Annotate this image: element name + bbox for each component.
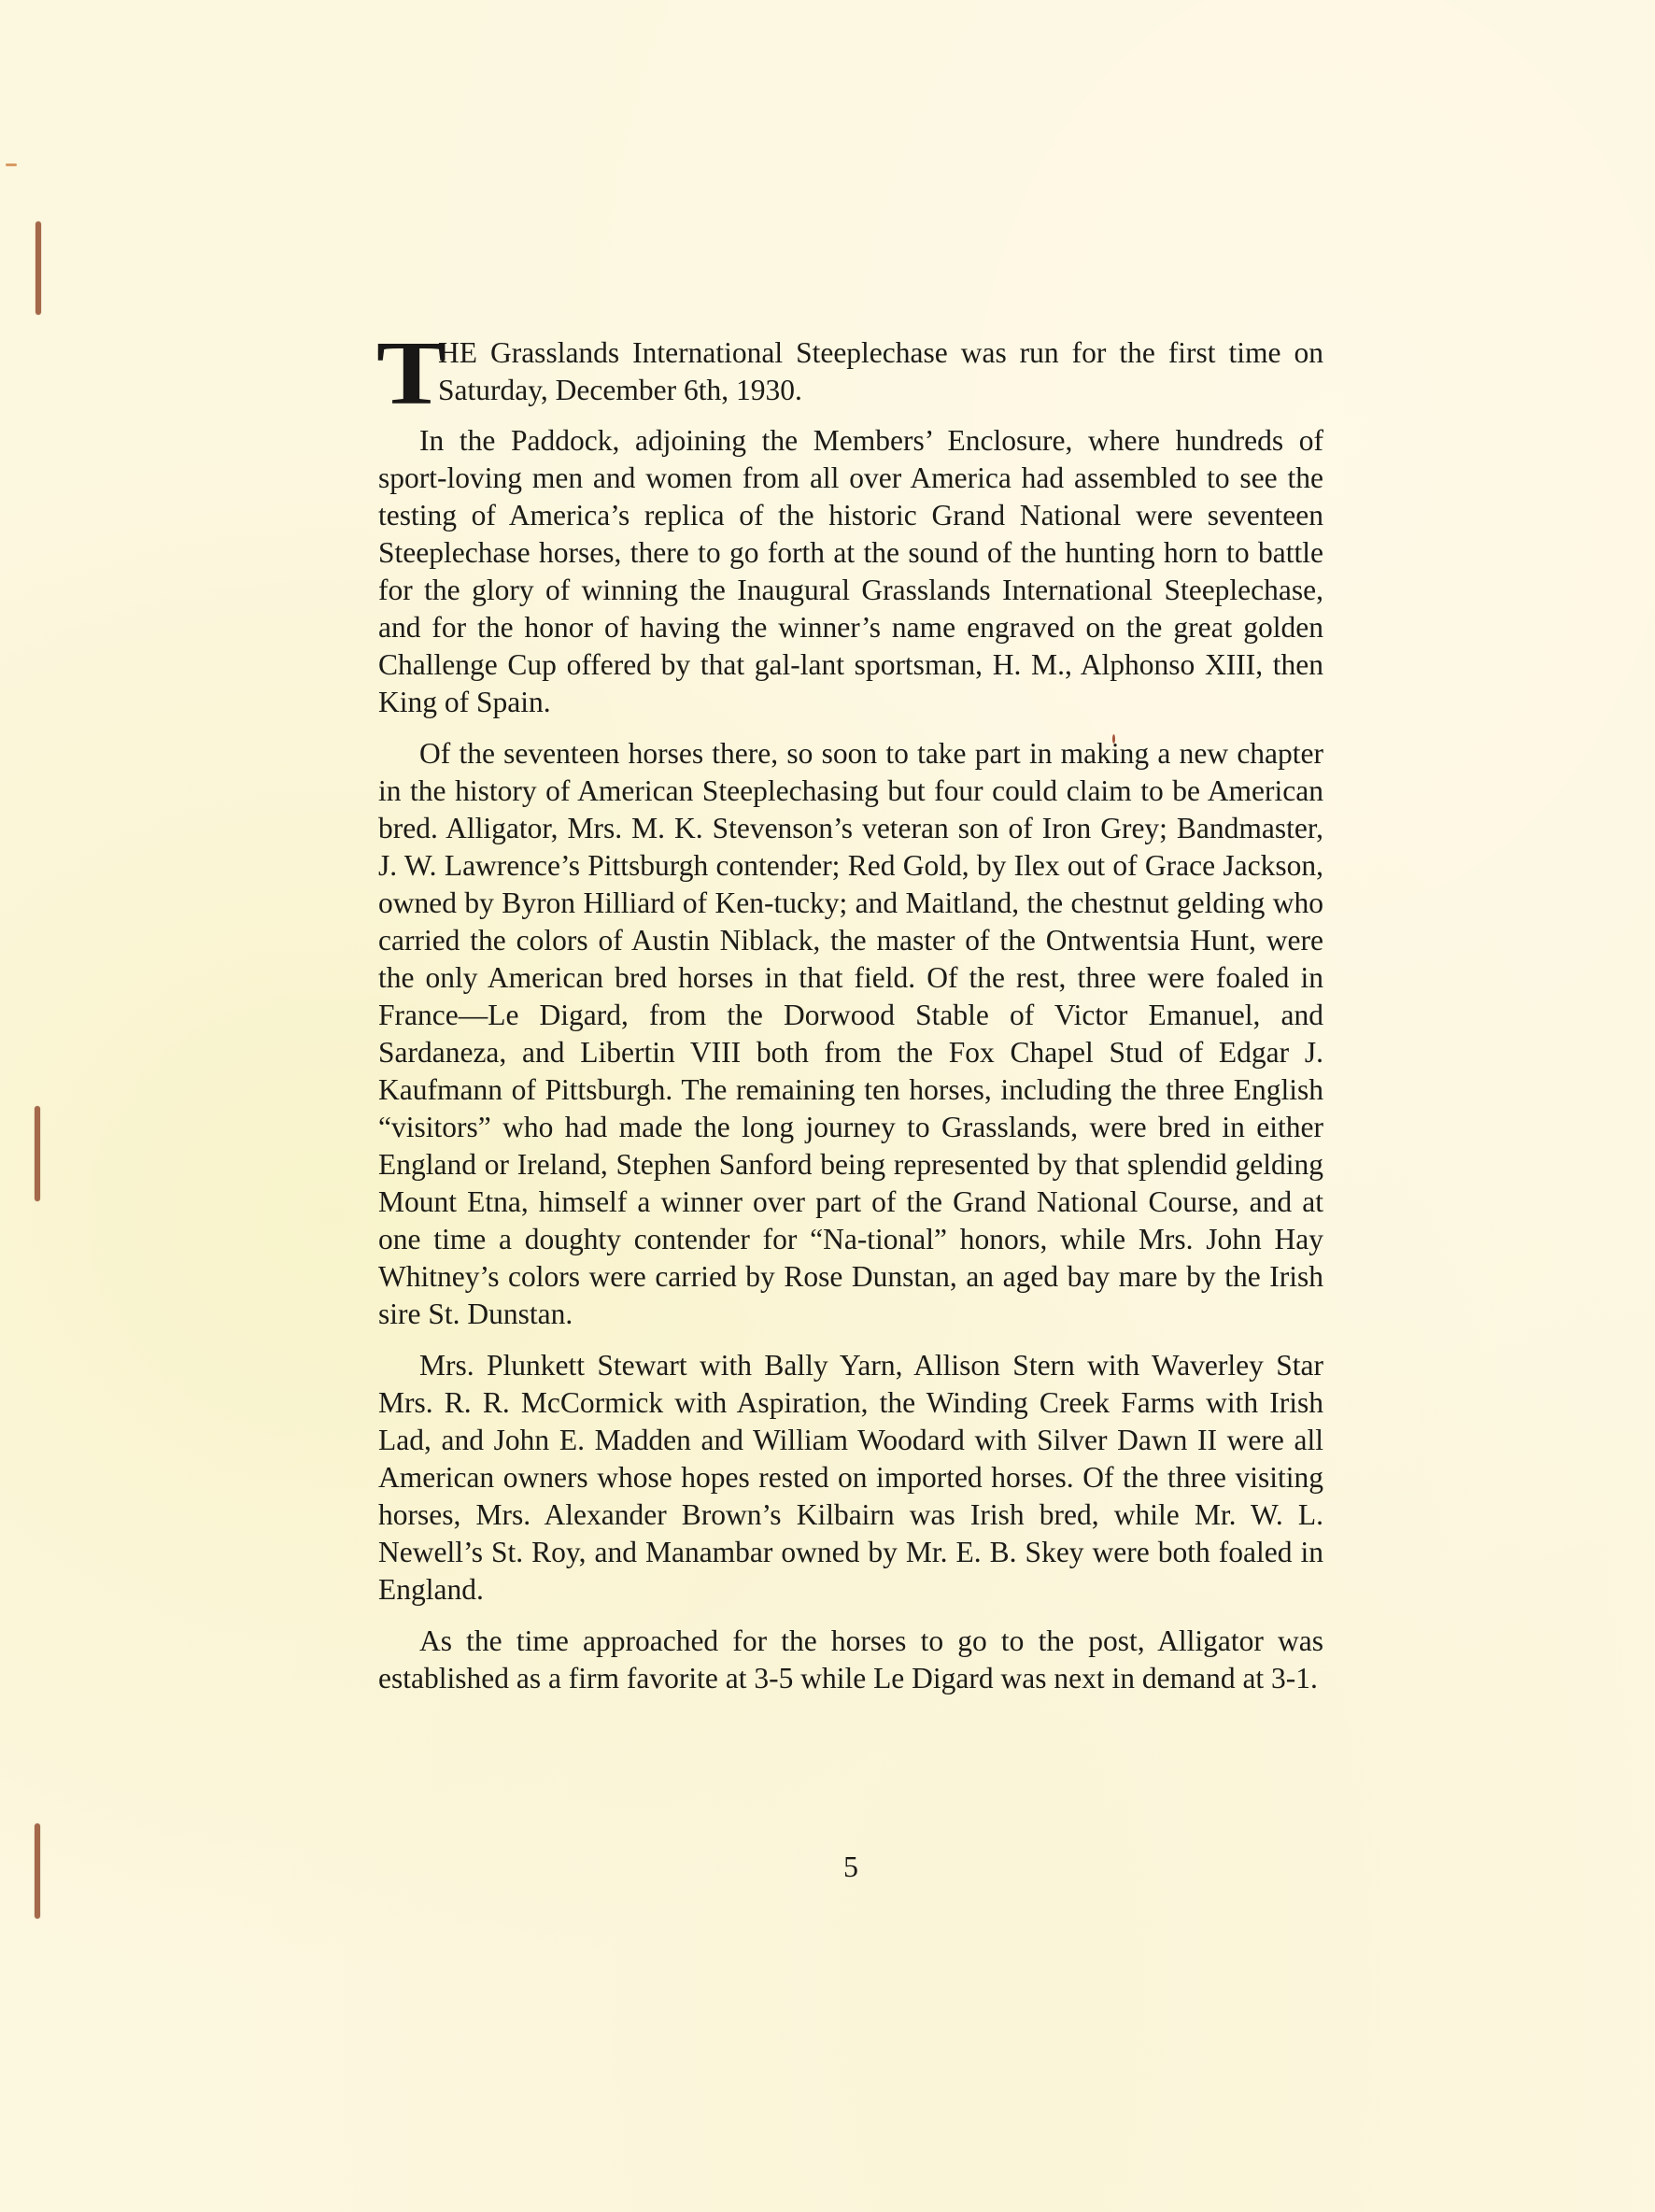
binding-mark-middle xyxy=(35,1106,40,1201)
paragraph-5: As the time approached for the horses to… xyxy=(378,1623,1323,1697)
paragraph-4: Mrs. Plunkett Stewart with Bally Yarn, A… xyxy=(378,1347,1323,1609)
binding-mark-top xyxy=(35,221,41,315)
page-number: 5 xyxy=(0,1850,1655,1884)
paragraph-2: In the Paddock, adjoining the Members’ E… xyxy=(378,422,1323,721)
drop-cap: T xyxy=(376,337,441,408)
margin-tick-mark xyxy=(6,163,17,166)
article-body: THE Grasslands International Steeplechas… xyxy=(378,334,1323,1711)
paragraph-1-text: HE Grasslands International Steeplechase… xyxy=(438,336,1323,406)
document-page: THE Grasslands International Steeplechas… xyxy=(0,0,1655,2212)
paragraph-3: Of the seventeen horses there, so soon t… xyxy=(378,735,1323,1333)
paragraph-1: THE Grasslands International Steeplechas… xyxy=(378,334,1323,409)
